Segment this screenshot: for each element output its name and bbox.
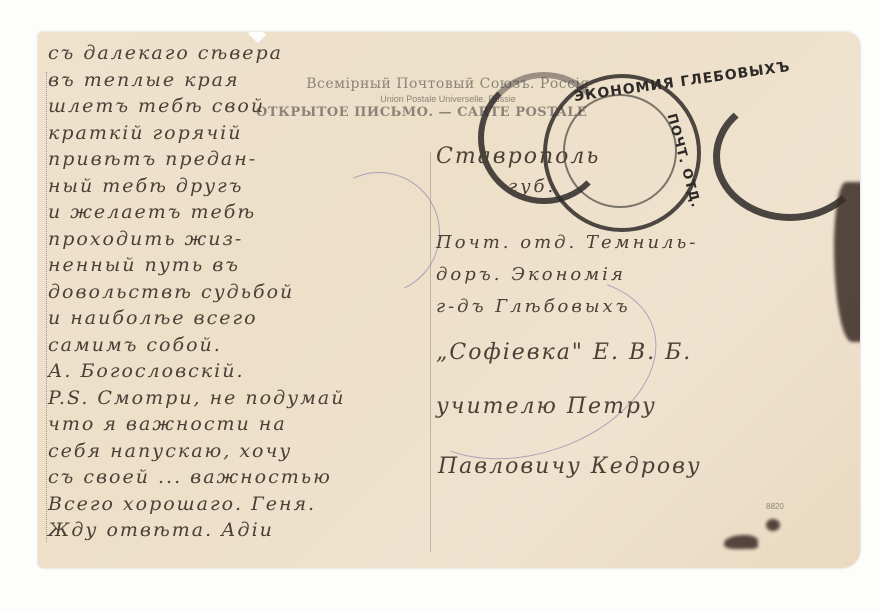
message-line: самимъ собой. bbox=[48, 332, 345, 359]
address-line: г-дъ Глѣбовыхъ bbox=[436, 292, 631, 322]
message-line: ненный путь въ bbox=[48, 252, 345, 279]
message-line: себя напускаю, хочу bbox=[48, 438, 345, 465]
message-line: съ далекаго сѣвера bbox=[48, 40, 345, 67]
message-line: довольствѣ судьбой bbox=[48, 279, 345, 306]
address-line: доръ. Экономія bbox=[436, 260, 626, 290]
message-line: проходить жиз- bbox=[48, 226, 345, 253]
message-line: и желаетъ тебѣ bbox=[48, 199, 345, 226]
message-line: что я важности на bbox=[48, 411, 345, 438]
address-line: учителю Петру bbox=[436, 392, 657, 422]
ink-stain bbox=[724, 535, 758, 549]
message-line: Жду отвѣта. Адіи bbox=[48, 517, 345, 544]
address-line: „Софіевка" Е. В. Б. bbox=[436, 338, 692, 368]
message-line: краткій горячій bbox=[48, 120, 345, 147]
message-line: привѣтъ предан- bbox=[48, 146, 345, 173]
message-line: Всего хорошаго. Геня. bbox=[48, 491, 345, 518]
message-line: P.S. Смотри, не подумай bbox=[48, 385, 345, 412]
message-line: и наиболѣе всего bbox=[48, 305, 345, 332]
print-number: 8820 bbox=[766, 502, 784, 511]
handwritten-message: съ далекаго сѣвера въ теплые края шлетъ … bbox=[48, 40, 345, 544]
address-city: Ставрополь bbox=[436, 142, 600, 172]
address-region: губ. bbox=[508, 172, 556, 202]
ink-stain bbox=[834, 182, 860, 342]
message-line: шлетъ тебѣ свой bbox=[48, 93, 345, 120]
postcard: Всемірный Почтовый Союзъ. Россія Union P… bbox=[38, 32, 860, 568]
ink-stain bbox=[766, 519, 780, 531]
signature-line: А. Богословскій. bbox=[48, 358, 345, 385]
message-line: съ своей ... важностью bbox=[48, 464, 345, 491]
message-line: въ теплые края bbox=[48, 67, 345, 94]
message-line: ный тебѣ другъ bbox=[48, 173, 345, 200]
address-line: Почт. отд. Темниль- bbox=[436, 228, 698, 258]
recipient-name: Павловичу Кедрову bbox=[438, 452, 702, 482]
